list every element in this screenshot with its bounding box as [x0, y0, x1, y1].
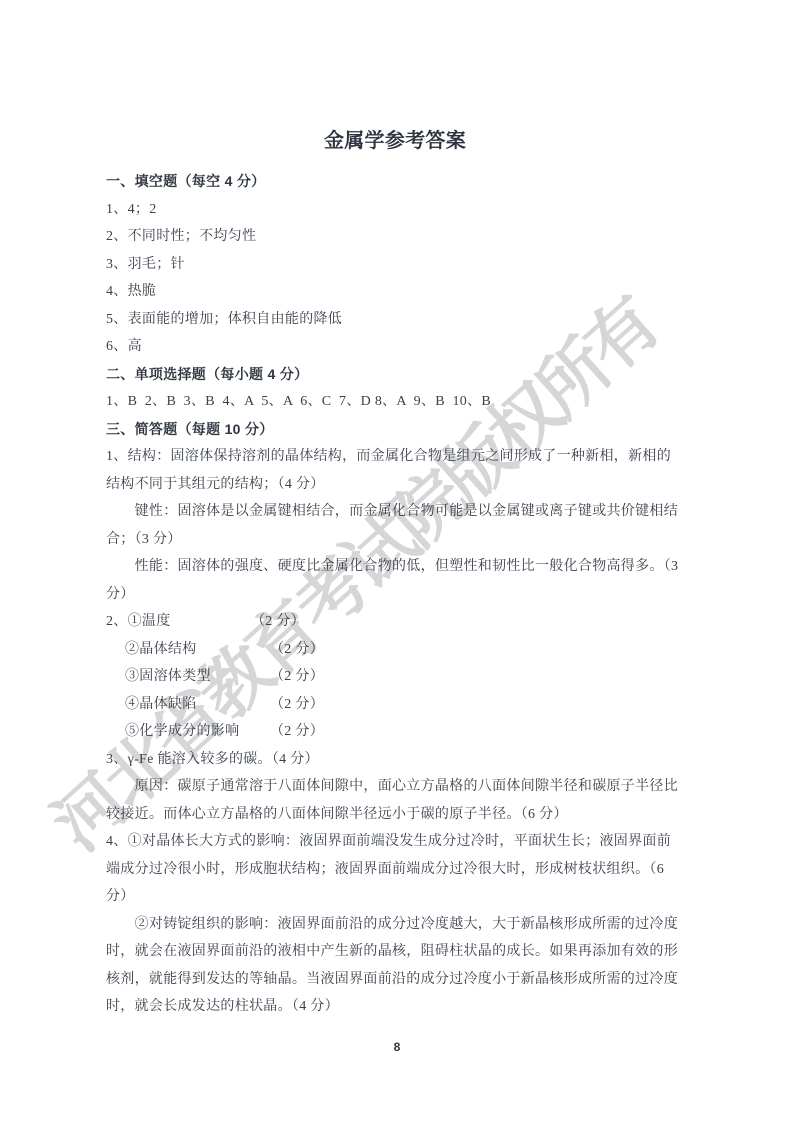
q2-item-temperature: 2、①温度 （2 分） — [106, 608, 684, 636]
q2-item-score: （2 分） — [270, 663, 324, 691]
q2-item-chemical-composition: ⑤化学成分的影响 （2 分） — [106, 718, 684, 746]
q2-item-score: （2 分） — [270, 691, 324, 719]
q2-item-crystal-structure: ②晶体结构 （2 分） — [106, 636, 684, 664]
q1-bonding-paragraph: 键性：固溶体是以金属键相结合，而金属化合物可能是以金属键或离子键或共价键相结 合… — [106, 498, 684, 553]
document-page: 河北省教育考试院版权所有 金属学参考答案 一、填空题（每空 4 分） 1、4；2… — [0, 0, 794, 1123]
q2-item-label: ③固溶体类型 — [125, 669, 211, 684]
q2-item-label: ⑤化学成分的影响 — [125, 724, 239, 739]
q2-item-score: （2 分） — [251, 608, 305, 636]
doc-title: 金属学参考答案 — [106, 126, 684, 156]
q2-item-label: ④晶体缺陷 — [125, 697, 197, 712]
q1-structure-paragraph: 1、结构：固溶体保持溶剂的晶体结构，而金属化合物是组元之间形成了一种新相，新相的… — [106, 443, 684, 498]
q2-item-score: （2 分） — [270, 718, 324, 746]
q3-statement: 3、γ-Fe 能溶入较多的碳。（4 分） — [106, 746, 684, 774]
q1-properties-paragraph: 性能：固溶体的强度、硬度比金属化合物的低，但塑性和韧性比一般化合物高得多。（3 … — [106, 553, 684, 608]
section-3-heading: 三、简答题（每题 10 分） — [106, 416, 684, 444]
q2-item-crystal-defect: ④晶体缺陷 （2 分） — [106, 691, 684, 719]
q2-item-label: ②晶体结构 — [125, 642, 197, 657]
fill-blank-answers: 1、4；2 2、不同时性；不均匀性 3、羽毛；针 4、热脆 5、表面能的增加；体… — [106, 196, 684, 361]
q2-item-label: 2、①温度 — [106, 614, 171, 629]
q2-item-score: （2 分） — [270, 636, 324, 664]
section-2-heading: 二、单项选择题（每小题 4 分） — [106, 361, 684, 389]
q3-reason-paragraph: 原因：碳原子通常溶于八面体间隙中，面心立方晶格的八面体间隙半径和碳原子半径比 较… — [106, 773, 684, 828]
section-1-heading: 一、填空题（每空 4 分） — [106, 168, 684, 196]
q4-ingot-structure-paragraph: ②对铸锭组织的影响：液固界面前沿的成分过冷度越大，大于新晶核形成所需的过冷度 时… — [106, 911, 684, 1021]
answer-sheet: 金属学参考答案 一、填空题（每空 4 分） 1、4；2 2、不同时性；不均匀性 … — [106, 126, 684, 1021]
page-number: 8 — [0, 1040, 794, 1054]
q2-item-solid-solution-type: ③固溶体类型 （2 分） — [106, 663, 684, 691]
q4-growth-mode-paragraph: 4、①对晶体长大方式的影响：液固界面前端没发生成分过冷时，平面状生长；液固界面前… — [106, 828, 684, 911]
multiple-choice-answers: 1、B 2、B 3、B 4、A 5、A 6、C 7、D 8、A 9、B 10、B — [106, 388, 684, 416]
q2-answer-list: 2、①温度 （2 分） ②晶体结构 （2 分） ③固溶体类型 （2 分） ④晶体… — [106, 608, 684, 746]
